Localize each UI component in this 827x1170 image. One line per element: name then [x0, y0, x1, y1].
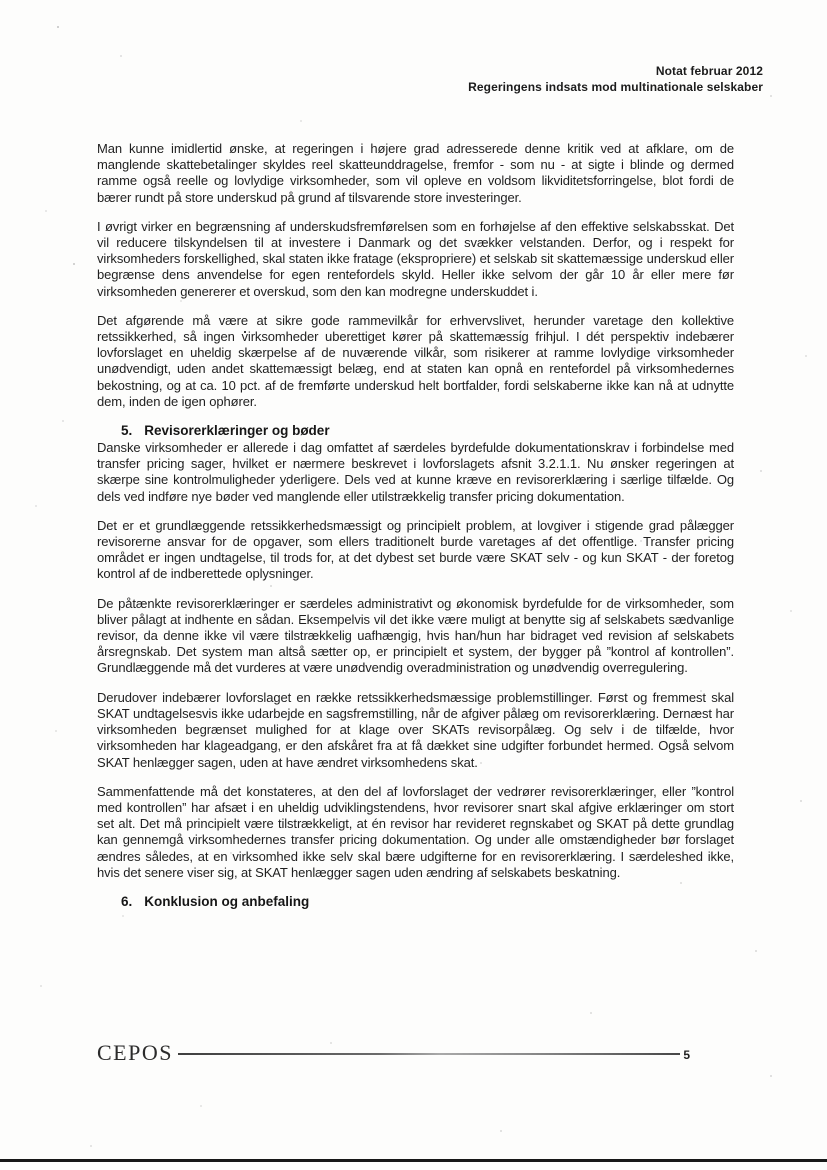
paragraph: Det er et grundlæggende retssikkerhedsmæ…: [97, 518, 734, 583]
document-page: Notat februar 2012 Regeringens indsats m…: [0, 0, 827, 1170]
document-body: Man kunne imidlertid ønske, at regeringe…: [97, 141, 734, 911]
scan-edge-line: [0, 1159, 827, 1162]
paragraph: Det afgørende må være at sikre gode ramm…: [97, 313, 734, 410]
section-number: 5.: [121, 423, 132, 438]
page-header: Notat februar 2012 Regeringens indsats m…: [468, 63, 763, 95]
header-title: Regeringens indsats mod multinationale s…: [468, 79, 763, 95]
footer-rule: [178, 1053, 680, 1055]
cepos-logo: CEPOS: [97, 1041, 173, 1065]
paragraph: De påtænkte revisorerklæringer er særdel…: [97, 596, 734, 677]
section-heading-6: 6.Konklusion og anbefaling: [97, 894, 734, 909]
section-heading-5: 5.Revisorerklæringer og bøder: [97, 423, 734, 438]
paragraph: I øvrigt virker en begrænsning af unders…: [97, 219, 734, 300]
paragraph: Man kunne imidlertid ønske, at regeringe…: [97, 141, 734, 206]
paragraph: Danske virksomheder er allerede i dag om…: [97, 440, 734, 505]
section-number: 6.: [121, 894, 132, 909]
paragraph: Derudover indebærer lovforslaget en rækk…: [97, 690, 734, 771]
scan-speckles: [0, 0, 2, 2]
section-title: Konklusion og anbefaling: [144, 894, 309, 909]
header-date: Notat februar 2012: [468, 63, 763, 79]
page-number: 5: [683, 1048, 690, 1062]
paragraph: Sammenfattende må det konstateres, at de…: [97, 784, 734, 881]
page-footer: CEPOS 5: [97, 1041, 690, 1065]
section-title: Revisorerklæringer og bøder: [144, 423, 329, 438]
